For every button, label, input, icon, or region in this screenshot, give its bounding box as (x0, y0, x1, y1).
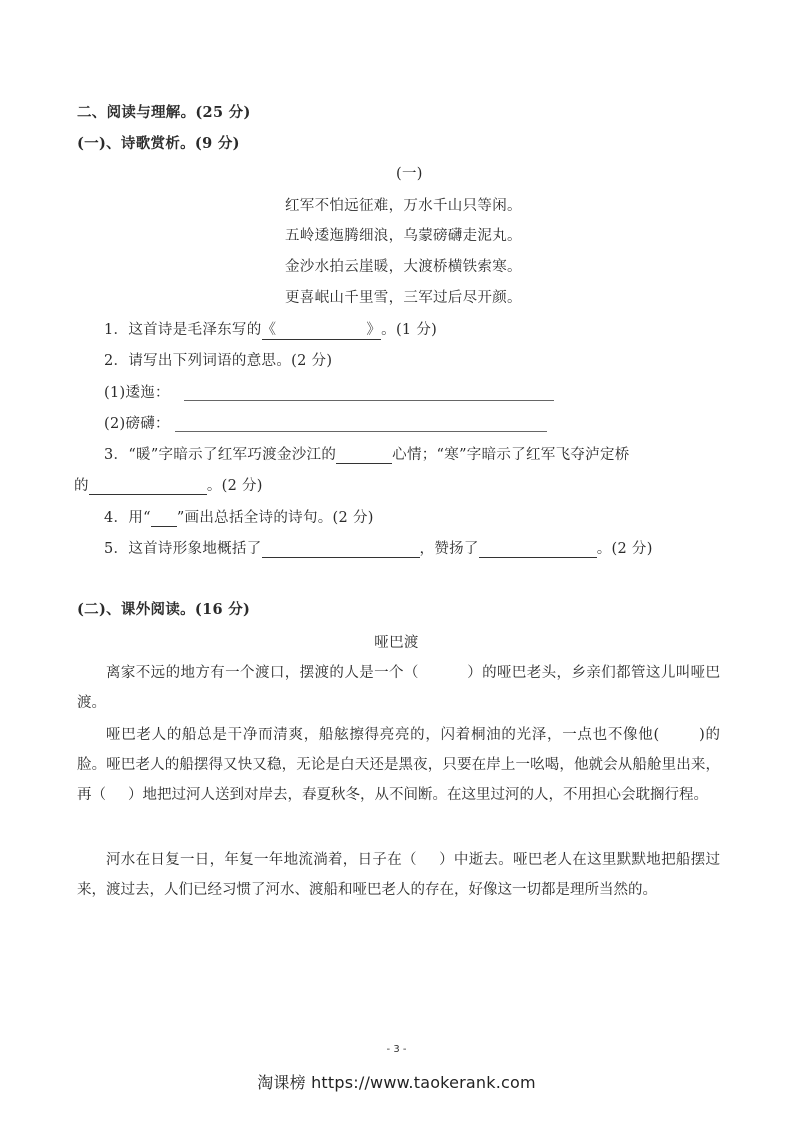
part1-title: (一)、诗歌赏析。(9 分) (77, 135, 240, 153)
q3-part-a: 3．“暖”字暗示了红军巧渡金沙江的 (104, 447, 336, 463)
q3-part-c: 的 (74, 478, 89, 494)
q1-answer-blank[interactable]: 《》 (262, 321, 382, 340)
q1-open-bracket: 《 (262, 322, 277, 338)
q1-suffix: 。(1 分) (381, 322, 437, 338)
q1-close-bracket: 》 (366, 322, 381, 338)
q5-prefix: 5．这首诗形象地概括了 (104, 541, 262, 557)
q2-item-1-answer-line[interactable] (184, 400, 554, 401)
poem-line-4: 更喜岷山千里雪，三军过后尽开颜。 (285, 289, 522, 307)
story-paragraph-1: 离家不远的地方有一个渡口，摆渡的人是一个（）的哑巴老头，乡亲们都管这儿叫哑巴渡。 (77, 658, 720, 718)
q3-part-b: 心情；“寒”字暗示了红军飞夺泸定桥 (392, 447, 629, 463)
story-title: 哑巴渡 (0, 634, 793, 652)
question-5: 5．这首诗形象地概括了，赞扬了。(2 分) (104, 540, 653, 558)
q3-blank-1[interactable] (336, 449, 392, 464)
story-paragraph-3: 河水在日复一日，年复一年地流淌着，日子在（）中逝去。哑巴老人在这里默默地把船摆过… (77, 845, 720, 905)
poem-line-1: 红军不怕远征难，万水千山只等闲。 (285, 197, 522, 215)
question-3-line-1: 3．“暖”字暗示了红军巧渡金沙江的心情；“寒”字暗示了红军飞夺泸定桥 (104, 446, 630, 464)
q2-item-1-label: (1)逶迤： (104, 384, 170, 402)
poem-number: (一) (396, 165, 423, 183)
q3-part-d: 。(2 分) (207, 478, 263, 494)
q5-blank-1[interactable] (262, 543, 420, 558)
para2-text-c: ）地把过河人送到对岸去，春夏秋冬，从不间断。在这里过河的人，不用担心会耽搁行程。 (128, 787, 708, 803)
question-2: 2．请写出下列词语的意思。(2 分) (104, 352, 332, 370)
poem-line-3: 金沙水拍云崖暖，大渡桥横铁索寒。 (285, 258, 522, 276)
para3-text-a: 河水在日复一日，年复一年地流淌着，日子在（ (106, 852, 417, 868)
part2-title: (二)、课外阅读。(16 分) (77, 601, 250, 619)
para2-text-a: 哑巴老人的船总是干净而清爽，船舷擦得亮亮的，闪着桐油的光泽，一点也不像他( (106, 727, 659, 743)
watermark: 淘课榜 https://www.taokerank.com (0, 1070, 793, 1093)
question-3-line-2: 的。(2 分) (74, 477, 263, 495)
poem-line-2: 五岭逶迤腾细浪，乌蒙磅礴走泥丸。 (285, 227, 522, 245)
q4-underline-sample (151, 512, 177, 527)
q1-prefix: 1．这首诗是毛泽东写的 (104, 322, 262, 338)
q4-prefix: 4．用“ (104, 510, 151, 526)
q5-suffix: 。(2 分) (597, 541, 653, 557)
question-4: 4．用“”画出总括全诗的诗句。(2 分) (104, 509, 374, 527)
page-number: - 3 - (0, 1044, 793, 1055)
q5-blank-2[interactable] (479, 543, 597, 558)
story-paragraph-2: 哑巴老人的船总是干净而清爽，船舷擦得亮亮的，闪着桐油的光泽，一点也不像他()的脸… (77, 720, 720, 810)
q2-item-2-answer-line[interactable] (175, 431, 547, 432)
q3-blank-2[interactable] (89, 480, 207, 495)
q5-middle: ，赞扬了 (420, 541, 479, 557)
question-1: 1．这首诗是毛泽东写的《》。(1 分) (104, 321, 437, 340)
q2-item-2-label: (2)磅礴： (104, 415, 170, 433)
section-title: 二、阅读与理解。(25 分) (77, 104, 251, 122)
q4-suffix: ”画出总括全诗的诗句。(2 分) (177, 510, 374, 526)
para1-text-a: 离家不远的地方有一个渡口，摆渡的人是一个（ (106, 665, 419, 681)
